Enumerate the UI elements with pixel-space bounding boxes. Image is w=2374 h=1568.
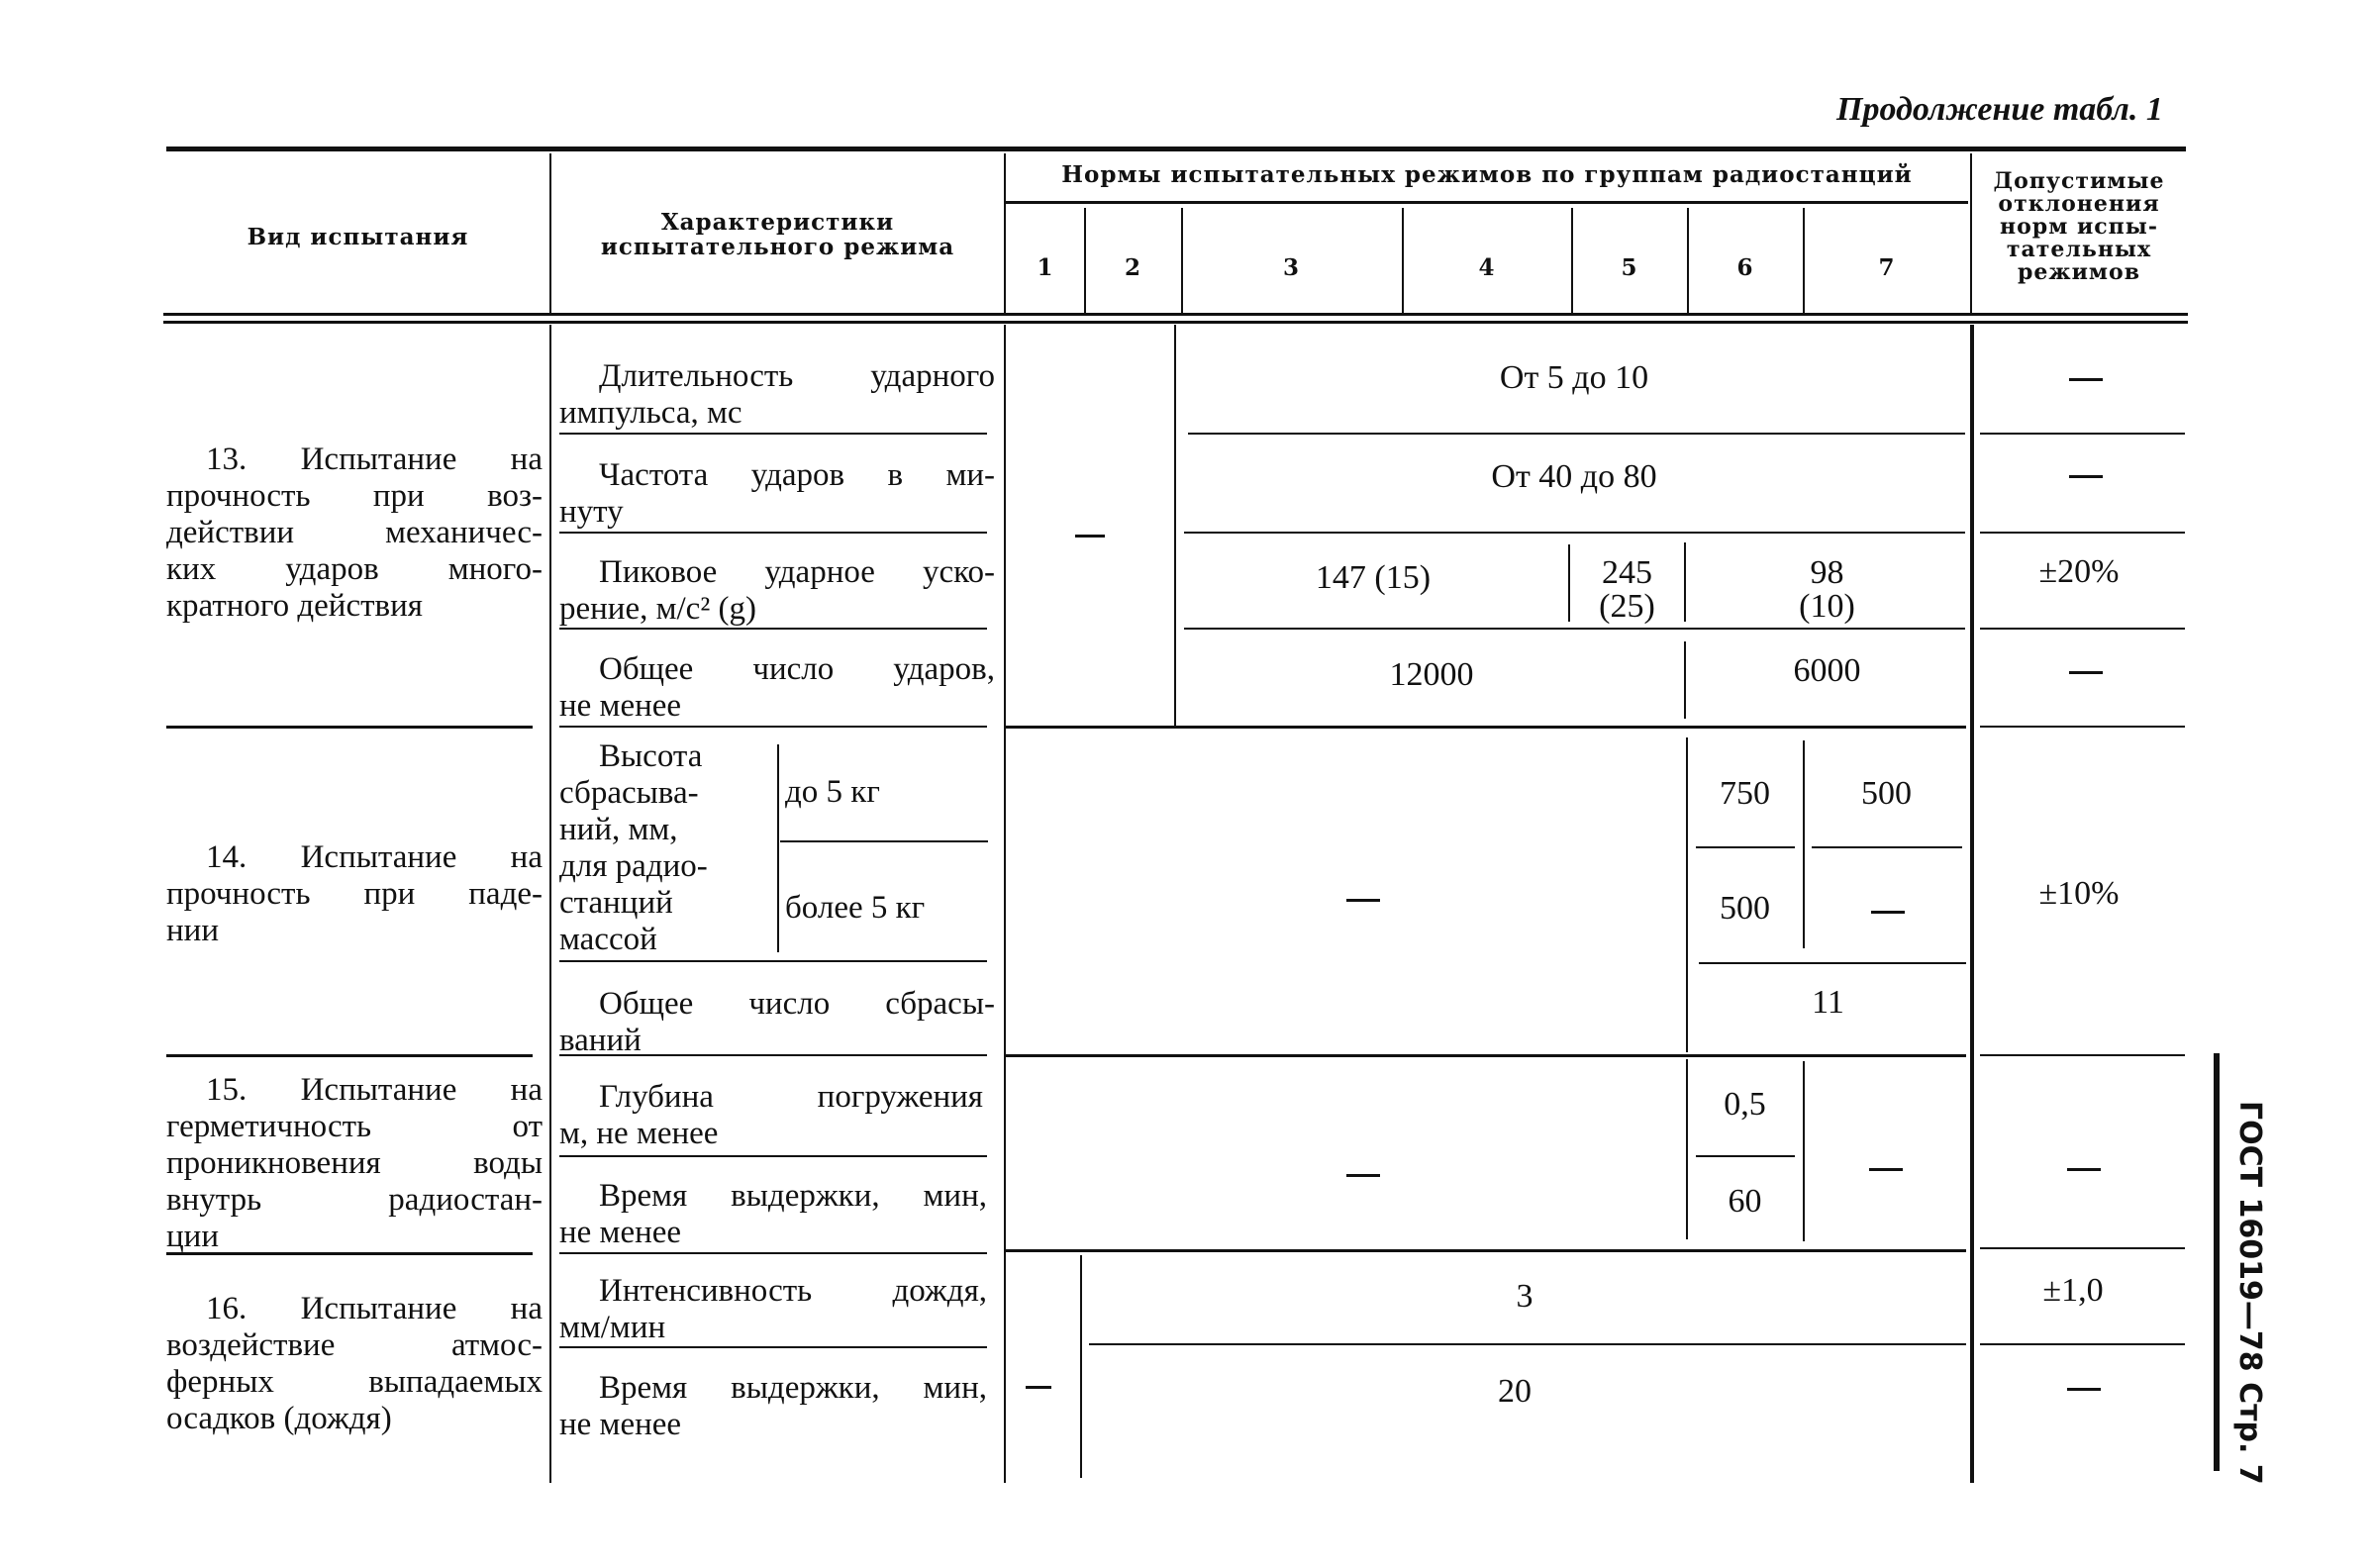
row13-total-g3-5: 12000 [1178,657,1685,693]
text-line: воздействие атмос- [166,1327,543,1364]
text-line: нуту [559,494,995,531]
col-divider-test-char [549,325,551,1483]
header-characteristics-line: Характеристики [551,210,1004,235]
norms-sep [1696,846,1795,848]
row15-g6-depth: 0,5 [1688,1087,1802,1123]
row14-param-total-drops: Общее число сбрасы- ваний [559,986,995,1059]
value-line: 245 [1570,556,1684,590]
param-sep [559,628,987,630]
row13-test-type: 13. Испытание на прочность при воз- дейс… [166,441,543,625]
text-line: Общее число ударов, [559,651,995,688]
text-line: нии [166,913,543,949]
header-divider [1970,153,1972,315]
norms-sep [1184,532,1965,534]
text-line: проникновения воды [166,1145,543,1182]
row-sep [166,726,533,729]
tol-sep [1980,1343,2185,1345]
header-characteristics-line: испытательного режима [551,235,1004,259]
row15-test-type: 15. Испытание на герметичность от проник… [166,1072,543,1255]
text-line: ваний [559,1023,995,1059]
text-line: ких ударов много- [166,551,543,588]
text-line: сбрасыва- [559,775,777,812]
norms-sep [1006,726,1966,729]
param-sep [559,1252,987,1254]
row15-groups-1-5-dash [1346,1174,1380,1177]
row13-groups-1-2-dash [1075,535,1105,538]
norms-sep [1184,628,1965,630]
row16-param-rain-intensity: Интенсивность дождя, мм/мин [559,1273,987,1346]
row14-groups-1-5-dash [1346,899,1380,902]
text-line: 15. Испытание на [166,1072,543,1109]
text-line: Общее число сбрасы- [559,986,995,1023]
header-tolerance: Допустимые отклонения норм испы- тательн… [1974,170,2184,284]
row13-duration-value: От 5 до 10 [1178,360,1970,396]
text-line: прочность при воз- [166,478,543,515]
header-test-type: Вид испытания [166,225,549,249]
param-sep [559,1346,987,1348]
row13-tol-total-dash [2069,671,2103,674]
text-line: импульса, мс [559,395,995,432]
text-line: внутрь радиостан- [166,1182,543,1219]
text-line: прочность при паде- [166,876,543,913]
norms-sep [1699,962,1966,964]
param-sep [559,532,987,534]
text-line: Пиковое ударное уско- [559,554,995,591]
header-group-2: 2 [1085,255,1181,280]
row13-param-duration: Длительность ударного импульса, мс [559,358,995,432]
row15-g7-dash [1869,1168,1903,1171]
row16-test-type: 16. Испытание на воздействие атмос- ферн… [166,1291,543,1437]
row16-hold-time-value: 20 [1084,1374,1945,1410]
header-tolerance-line: тательных [1974,239,2184,261]
row15-param-hold-time: Время выдержки, мин, не менее [559,1178,987,1251]
param-sep [780,840,988,842]
norms-sep [1089,1343,1966,1345]
text-line: не менее [559,688,995,725]
text-line: Интенсивность дождя, [559,1273,987,1310]
text-line: Высота [559,738,777,775]
header-rule-2 [163,321,2188,324]
param-sep [559,960,987,962]
row16-param-hold-time: Время выдержки, мин, не менее [559,1370,987,1443]
row13-total-g6-7: 6000 [1686,653,1968,689]
text-line: не менее [559,1215,987,1251]
row14-g6-up-to-5kg: 750 [1688,776,1802,812]
text-line: 16. Испытание на [166,1291,543,1327]
header-group-4: 4 [1403,255,1571,280]
tol-sep [1980,1054,2185,1056]
norms-sep [1812,846,1962,848]
row16-tol-intensity: ±1,0 [1974,1273,2172,1309]
header-group-1: 1 [1006,255,1085,280]
row14-test-type: 14. Испытание на прочность при паде- нии [166,839,543,949]
param-sep [559,1155,987,1157]
row-sep [166,1054,533,1057]
stamp-bar [2214,1053,2220,1471]
row14-param-drop-height: Высота сбрасыва- ний, мм, для радио- ста… [559,738,777,958]
row16-intensity-value: 3 [1084,1279,1965,1315]
row14-sub-over-5kg: более 5 кг [785,890,925,926]
param-sep [559,433,987,435]
header-rule-1 [163,313,2188,316]
text-line: действии механичес- [166,515,543,551]
header-group-6: 6 [1687,255,1804,280]
text-line: Длительность ударного [559,358,995,395]
top-rule [166,147,2186,151]
text-line: не менее [559,1407,987,1443]
norms-sep [1696,1155,1795,1157]
row16-tol-hold-time-dash [2067,1388,2101,1391]
tol-sep [1980,1247,2185,1249]
header-norms-group: Нормы испытательных режимов по группам р… [1006,162,1968,187]
row13-tol-duration-dash [2069,378,2103,381]
header-tolerance-line: Допустимые [1974,170,2184,193]
row15-g6-hold-time: 60 [1688,1184,1802,1220]
text-line: мм/мин [559,1310,987,1346]
header-tolerance-line: режимов [1974,261,2184,284]
value-line: 98 [1686,556,1968,590]
text-line: м, не менее [559,1116,983,1152]
text-line: 14. Испытание на [166,839,543,876]
header-group-5: 5 [1572,255,1687,280]
text-line: герметичность от [166,1109,543,1145]
text-line: кратного действия [166,588,543,625]
norms-divider [1174,325,1176,726]
row13-tol-peak: ±20% [1974,554,2184,590]
tol-sep [1980,532,2185,534]
text-line: Время выдержки, мин, [559,1178,987,1215]
norms-sep [1188,433,1965,435]
row13-frequency-value: От 40 до 80 [1178,459,1970,495]
row13-param-total-shocks: Общее число ударов, не менее [559,651,995,725]
text-line: для радио- [559,848,777,885]
row14-g7-over-5kg-dash [1871,911,1905,914]
text-line: ции [166,1219,543,1255]
row13-peak-g3-4: 147 (15) [1178,560,1568,596]
header-tolerance-line: норм испы- [1974,216,2184,239]
row14-g6-over-5kg: 500 [1688,891,1802,927]
row14-sub-up-to-5kg: до 5 кг [785,774,880,810]
col-divider-char-norms [1004,325,1006,1483]
tol-sep [1980,726,2185,728]
row13-tol-frequency-dash [2069,475,2103,478]
text-line: осадков (дождя) [166,1401,543,1437]
text-line: рение, м/с² (g) [559,591,995,628]
row13-param-frequency: Частота ударов в ми- нуту [559,457,995,531]
row13-peak-g5: 245 (25) [1570,556,1684,624]
norms-divider [1803,1061,1805,1241]
header-characteristics: Характеристики испытательного режима [551,210,1004,259]
text-line: станций [559,885,777,922]
value-line: (10) [1686,590,1968,624]
tol-sep [1980,628,2185,630]
text-line: ний, мм, [559,812,777,848]
row14-g7-up-to-5kg: 500 [1805,776,1968,812]
text-line: Глубина погружения [559,1079,983,1116]
sub-divider [777,744,779,952]
norms-divider [1803,740,1805,948]
row16-group-1-dash [1026,1386,1051,1389]
value-line: (25) [1570,590,1684,624]
tol-sep [1980,433,2185,435]
param-sep [559,726,987,728]
table-caption: Продолжение табл. 1 [1836,91,2163,129]
norms-group-rule [1005,201,1968,204]
text-line: ферных выпадаемых [166,1364,543,1401]
text-line: 13. Испытание на [166,441,543,478]
row15-tolerance-dash [2067,1168,2101,1171]
row14-total-drops-g6-7: 11 [1688,985,1968,1021]
norms-sep [1006,1054,1966,1057]
norms-sep [1006,1249,1966,1252]
row14-tolerance: ±10% [1974,876,2184,912]
stamp-text: ГОСТ 16019—78 Стр. 7 [2232,1101,2267,1485]
header-group-3: 3 [1181,255,1402,280]
header-group-7: 7 [1804,255,1970,280]
text-line: массой [559,922,777,958]
row13-param-peak-accel: Пиковое ударное уско- рение, м/с² (g) [559,554,995,628]
text-line: Время выдержки, мин, [559,1370,987,1407]
norms-divider [1080,1255,1082,1478]
row15-param-depth: Глубина погружения м, не менее [559,1079,983,1152]
text-line: Частота ударов в ми- [559,457,995,494]
header-tolerance-line: отклонения [1974,193,2184,216]
row13-peak-g6-7: 98 (10) [1686,556,1968,624]
